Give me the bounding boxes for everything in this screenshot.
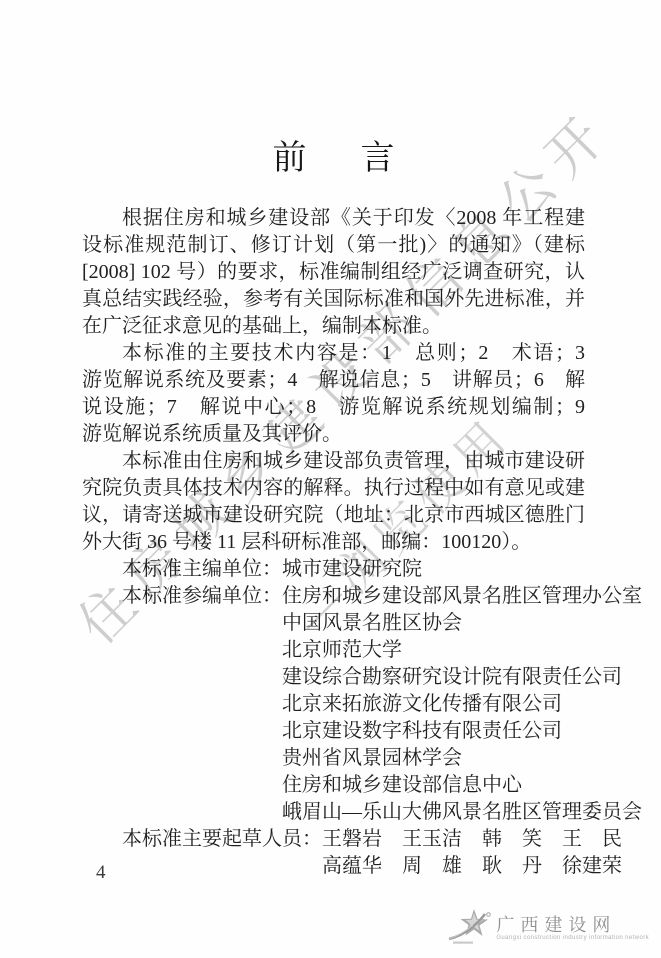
participant-units-list: 住房和城乡建设部风景名胜区管理办公室 中国风景名胜区协会 北京师范大学 建设综合… <box>282 583 642 826</box>
participant-units-row: 本标准参编单位： 住房和城乡建设部风景名胜区管理办公室 中国风景名胜区协会 北京… <box>82 583 585 826</box>
participant-units-label: 本标准参编单位： <box>122 583 282 610</box>
chief-editor-label: 本标准主编单位： <box>122 556 282 583</box>
page-content: 前 言 根据住房和城乡建设部《关于印发〈2008 年工程建设标准规范制订、修订计… <box>82 0 585 880</box>
drafters-label: 本标准主要起草人员： <box>122 826 322 853</box>
units-section: 本标准主编单位： 城市建设研究院 本标准参编单位： 住房和城乡建设部风景名胜区管… <box>82 556 585 880</box>
list-item: 住房和城乡建设部信息中心 <box>282 772 642 799</box>
document-page: 住房城乡建设部信息公开 —浏览使用 前 言 根据住房和城乡建设部《关于印发〈20… <box>0 0 661 958</box>
paragraph-contents: 本标准的主要技术内容是：1 总则；2 术语；3 游览解说系统及要素；4 解说信息… <box>82 340 585 448</box>
drafters-names-line-1: 王磐岩 王玉洁 韩 笑 王 民 <box>322 826 622 853</box>
paragraph-management: 本标准由住房和城乡建设部负责管理，由城市建设研究院负责具体技术内容的解释。执行过… <box>82 448 585 556</box>
paragraph-basis: 根据住房和城乡建设部《关于印发〈2008 年工程建设标准规范制订、修订计划（第一… <box>82 205 585 340</box>
list-item: 北京建设数字科技有限责任公司 <box>282 718 642 745</box>
list-item: 住房和城乡建设部风景名胜区管理办公室 <box>282 583 642 610</box>
site-tagline: Guangxi construction industry informatio… <box>496 935 649 942</box>
list-item: 中国风景名胜区协会 <box>282 610 642 637</box>
drafters-row: 本标准主要起草人员： 王磐岩 王玉洁 韩 笑 王 民 高蕴华 周 雄 耿 丹 徐… <box>82 826 585 880</box>
page-title: 前 言 <box>82 130 585 179</box>
drafters-names: 王磐岩 王玉洁 韩 笑 王 民 高蕴华 周 雄 耿 丹 徐建荣 <box>322 826 622 880</box>
chief-editor-value: 城市建设研究院 <box>282 556 422 583</box>
list-item: 贵州省风景园林学会 <box>282 745 642 772</box>
site-logo: 广西建设网 Guangxi construction industry info… <box>447 905 649 952</box>
list-item: 北京来拓旅游文化传播有限公司 <box>282 691 642 718</box>
page-number: 4 <box>96 862 106 884</box>
list-item: 建设综合勘察研究设计院有限责任公司 <box>282 664 642 691</box>
drafters-names-line-2: 高蕴华 周 雄 耿 丹 徐建荣 <box>322 853 622 880</box>
site-name: 广西建设网 <box>496 915 649 935</box>
star-swoosh-icon <box>447 905 491 952</box>
site-logo-text: 广西建设网 Guangxi construction industry info… <box>496 915 649 942</box>
preface-body: 根据住房和城乡建设部《关于印发〈2008 年工程建设标准规范制订、修订计划（第一… <box>82 205 585 880</box>
chief-editor-row: 本标准主编单位： 城市建设研究院 <box>82 556 585 583</box>
list-item: 峨眉山—乐山大佛风景名胜区管理委员会 <box>282 799 642 826</box>
list-item: 北京师范大学 <box>282 637 642 664</box>
